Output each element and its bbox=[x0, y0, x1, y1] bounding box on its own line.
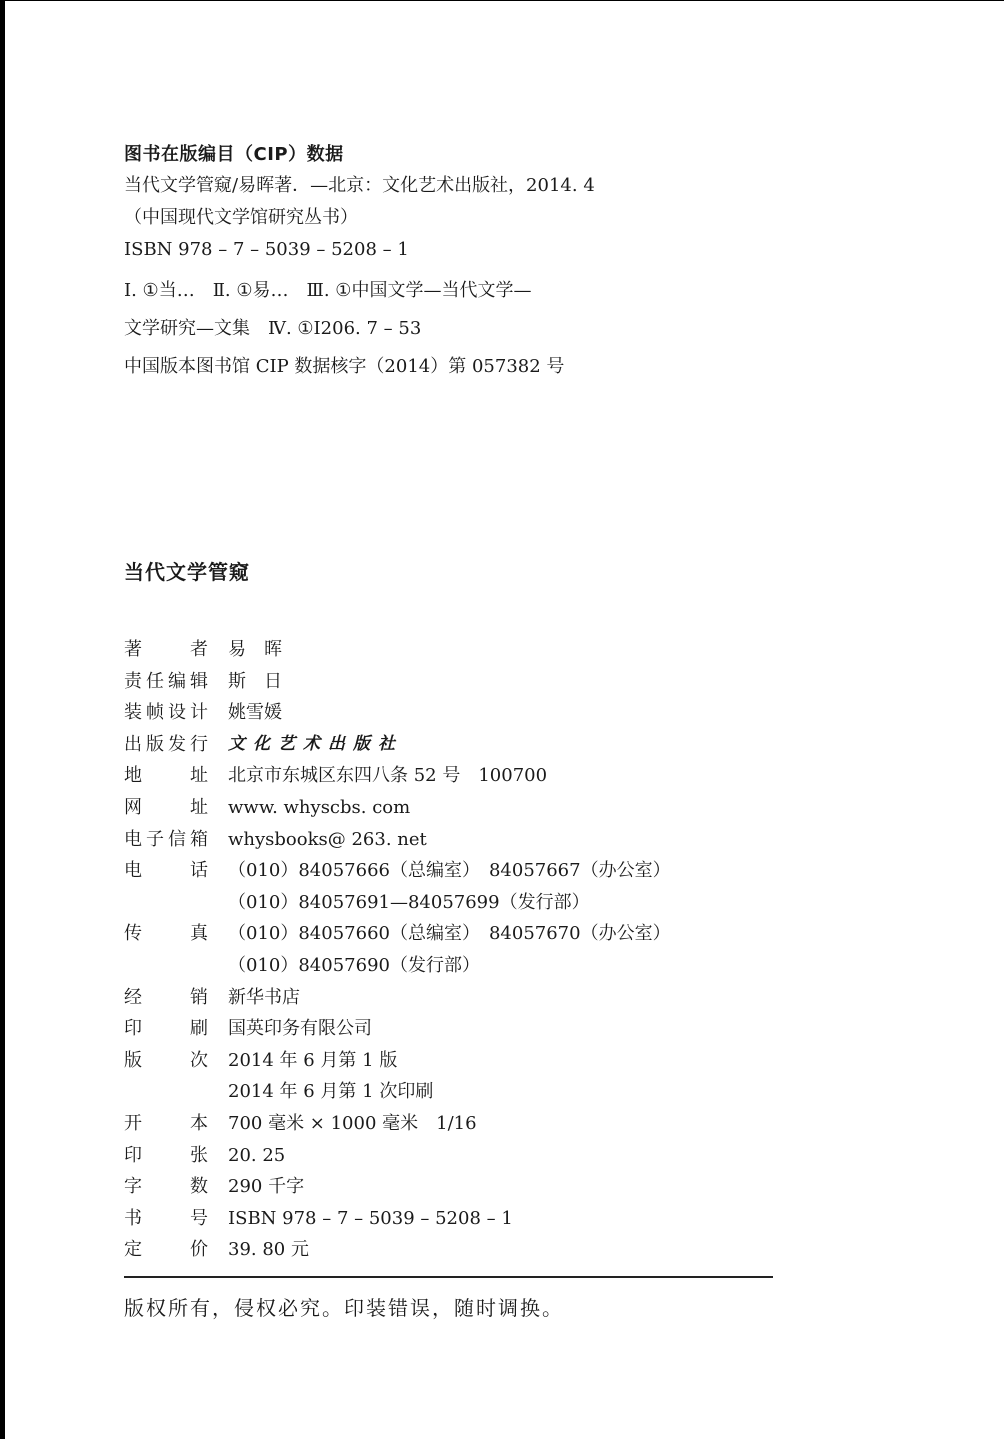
cip-data-block: 图书在版编目（CIP）数据 当代文学管窥/易晖著．—北京：文化艺术出版社，201… bbox=[124, 140, 744, 386]
info-row: （010）84057690（发行部） bbox=[124, 950, 784, 982]
info-label-char: 址 bbox=[190, 760, 208, 792]
info-label: 电子信箱 bbox=[124, 824, 208, 856]
info-label: 装帧设计 bbox=[124, 697, 208, 729]
info-label bbox=[124, 1076, 208, 1108]
info-value: 700 毫米 × 1000 毫米 1/16 bbox=[228, 1108, 784, 1140]
page-border-top bbox=[0, 0, 1004, 1]
info-label-char: 帧 bbox=[146, 697, 164, 729]
info-label-char: 地 bbox=[124, 760, 142, 792]
info-value: 斯 日 bbox=[228, 666, 784, 698]
info-row: 字数290 千字 bbox=[124, 1171, 784, 1203]
cip-line-verification: 中国版本图书馆 CIP 数据核字（2014）第 057382 号 bbox=[124, 348, 744, 386]
info-label-char: 者 bbox=[190, 634, 208, 666]
info-label-char: 网 bbox=[124, 792, 142, 824]
info-label-char: 真 bbox=[190, 918, 208, 950]
info-label: 电话 bbox=[124, 855, 208, 887]
info-label: 印刷 bbox=[124, 1013, 208, 1045]
info-label-char: 张 bbox=[190, 1140, 208, 1172]
info-label-char: 设 bbox=[168, 697, 186, 729]
info-label-char: 子 bbox=[146, 824, 164, 856]
info-label-char: 编 bbox=[168, 666, 186, 698]
info-row: 出版发行文化艺术出版社 bbox=[124, 729, 784, 761]
info-row: 经销新华书店 bbox=[124, 982, 784, 1014]
info-value: （010）84057691—84057699（发行部） bbox=[228, 887, 784, 919]
info-row: 著者易 晖 bbox=[124, 634, 784, 666]
info-value: 39. 80 元 bbox=[228, 1234, 784, 1266]
info-label-char: 印 bbox=[124, 1013, 142, 1045]
info-label: 著者 bbox=[124, 634, 208, 666]
info-label: 责任编辑 bbox=[124, 666, 208, 698]
info-label-char: 版 bbox=[146, 729, 164, 761]
info-label-char: 传 bbox=[124, 918, 142, 950]
info-row: 传真（010）84057660（总编室） 84057670（办公室） bbox=[124, 918, 784, 950]
page-border-left bbox=[0, 0, 5, 1439]
info-row: 装帧设计姚雪媛 bbox=[124, 697, 784, 729]
info-label-char: 号 bbox=[190, 1203, 208, 1235]
info-label: 定价 bbox=[124, 1234, 208, 1266]
info-label: 字数 bbox=[124, 1171, 208, 1203]
info-label: 经销 bbox=[124, 982, 208, 1014]
info-row: 印张20. 25 bbox=[124, 1140, 784, 1172]
info-label-char: 字 bbox=[124, 1171, 142, 1203]
info-row: 电子信箱whysbooks@ 263. net bbox=[124, 824, 784, 856]
info-value: 姚雪媛 bbox=[228, 697, 784, 729]
cip-line-isbn: ISBN 978 – 7 – 5039 – 5208 – 1 bbox=[124, 234, 744, 266]
cip-line-title-author: 当代文学管窥/易晖著．—北京：文化艺术出版社，2014. 4 bbox=[124, 170, 744, 202]
info-label-char: 价 bbox=[190, 1234, 208, 1266]
info-row: 定价39. 80 元 bbox=[124, 1234, 784, 1266]
publication-info-table: 著者易 晖责任编辑斯 日装帧设计姚雪媛出版发行文化艺术出版社地址北京市东城区东四… bbox=[124, 634, 784, 1266]
info-label-char: 数 bbox=[190, 1171, 208, 1203]
info-value: 国英印务有限公司 bbox=[228, 1013, 784, 1045]
info-label: 版次 bbox=[124, 1045, 208, 1077]
info-label-char: 定 bbox=[124, 1234, 142, 1266]
info-label-char: 本 bbox=[190, 1108, 208, 1140]
info-value: 20. 25 bbox=[228, 1140, 784, 1172]
info-value: （010）84057666（总编室） 84057667（办公室） bbox=[228, 855, 784, 887]
info-value: whysbooks@ 263. net bbox=[228, 824, 784, 856]
info-label-char: 箱 bbox=[190, 824, 208, 856]
info-value: 新华书店 bbox=[228, 982, 784, 1014]
info-label-char: 版 bbox=[124, 1045, 142, 1077]
book-title: 当代文学管窥 bbox=[124, 556, 250, 585]
cip-line-classification-1: Ⅰ. ①当… Ⅱ. ①易… Ⅲ. ①中国文学—当代文学— bbox=[124, 272, 744, 310]
info-label: 出版发行 bbox=[124, 729, 208, 761]
info-row: 责任编辑斯 日 bbox=[124, 666, 784, 698]
info-value: （010）84057690（发行部） bbox=[228, 950, 784, 982]
info-label: 地址 bbox=[124, 760, 208, 792]
info-label-char: 电 bbox=[124, 824, 142, 856]
info-label-char: 辑 bbox=[190, 666, 208, 698]
info-label bbox=[124, 950, 208, 982]
info-label: 网址 bbox=[124, 792, 208, 824]
info-label-char: 刷 bbox=[190, 1013, 208, 1045]
info-value: 易 晖 bbox=[228, 634, 784, 666]
divider-rule bbox=[124, 1276, 773, 1278]
info-label-char: 装 bbox=[124, 697, 142, 729]
info-row: 地址北京市东城区东四八条 52 号 100700 bbox=[124, 760, 784, 792]
info-label-char: 开 bbox=[124, 1108, 142, 1140]
info-label-char: 责 bbox=[124, 666, 142, 698]
info-row: 网址www. whyscbs. com bbox=[124, 792, 784, 824]
info-label-char: 行 bbox=[190, 729, 208, 761]
info-label-char: 信 bbox=[168, 824, 186, 856]
info-label bbox=[124, 887, 208, 919]
cip-line-classification-2: 文学研究—文集 Ⅳ. ①I206. 7 – 53 bbox=[124, 310, 744, 348]
info-label-char: 出 bbox=[124, 729, 142, 761]
info-label-char: 著 bbox=[124, 634, 142, 666]
info-value: 290 千字 bbox=[228, 1171, 784, 1203]
info-label-char: 书 bbox=[124, 1203, 142, 1235]
info-label-char: 销 bbox=[190, 982, 208, 1014]
info-label-char: 任 bbox=[146, 666, 164, 698]
info-label-char: 址 bbox=[190, 792, 208, 824]
info-row: （010）84057691—84057699（发行部） bbox=[124, 887, 784, 919]
info-label: 印张 bbox=[124, 1140, 208, 1172]
info-row: 版次2014 年 6 月第 1 版 bbox=[124, 1045, 784, 1077]
info-row: 2014 年 6 月第 1 次印刷 bbox=[124, 1076, 784, 1108]
info-value: ISBN 978 – 7 – 5039 – 5208 – 1 bbox=[228, 1203, 784, 1235]
cip-line-series: （中国现代文学馆研究丛书） bbox=[124, 202, 744, 234]
info-value: 2014 年 6 月第 1 版 bbox=[228, 1045, 784, 1077]
info-label-char: 印 bbox=[124, 1140, 142, 1172]
info-value: 2014 年 6 月第 1 次印刷 bbox=[228, 1076, 784, 1108]
info-label-char: 话 bbox=[190, 855, 208, 887]
info-label-char: 计 bbox=[190, 697, 208, 729]
info-label: 开本 bbox=[124, 1108, 208, 1140]
info-value: （010）84057660（总编室） 84057670（办公室） bbox=[228, 918, 784, 950]
copyright-notice: 版权所有，侵权必究。印装错误，随时调换。 bbox=[124, 1292, 564, 1321]
info-row: 印刷国英印务有限公司 bbox=[124, 1013, 784, 1045]
info-label-char: 电 bbox=[124, 855, 142, 887]
cip-title: 图书在版编目（CIP）数据 bbox=[124, 140, 744, 170]
info-row: 电话（010）84057666（总编室） 84057667（办公室） bbox=[124, 855, 784, 887]
info-row: 书号ISBN 978 – 7 – 5039 – 5208 – 1 bbox=[124, 1203, 784, 1235]
info-value: 文化艺术出版社 bbox=[228, 729, 784, 761]
info-label-char: 经 bbox=[124, 982, 142, 1014]
info-row: 开本700 毫米 × 1000 毫米 1/16 bbox=[124, 1108, 784, 1140]
info-label-char: 发 bbox=[168, 729, 186, 761]
info-label: 书号 bbox=[124, 1203, 208, 1235]
info-label-char: 次 bbox=[190, 1045, 208, 1077]
info-value: www. whyscbs. com bbox=[228, 792, 784, 824]
info-value: 北京市东城区东四八条 52 号 100700 bbox=[228, 760, 784, 792]
info-label: 传真 bbox=[124, 918, 208, 950]
